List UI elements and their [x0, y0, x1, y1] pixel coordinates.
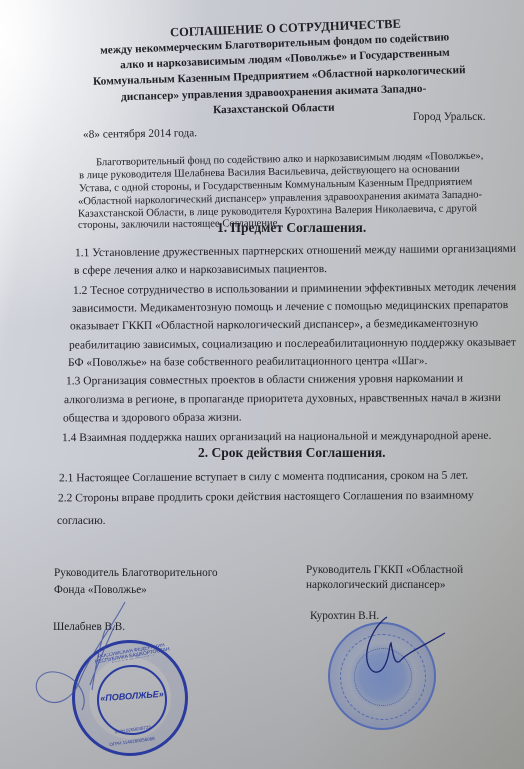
section-line: общества и здорового образа жизни.	[63, 411, 242, 426]
right-signatory-role: Руководитель ГККП «Областной	[306, 563, 463, 577]
section-line: в сфере лечения алко и наркозависимых па…	[74, 262, 327, 278]
section-line: 1.4 Взаимная поддержка наших организаций…	[62, 429, 491, 445]
section-line: согласию.	[57, 514, 106, 528]
left-signature-icon	[20, 600, 140, 720]
city: Город Уральск.	[413, 110, 486, 124]
section-heading: 1. Предмет Соглашения.	[217, 221, 366, 235]
section-heading: 2. Срок действия Соглашения.	[198, 446, 386, 460]
date: «8» сентября 2014 года.	[83, 126, 197, 142]
section-line: БФ «Поволжье» на базе собственного реаби…	[68, 354, 427, 370]
right-signature-icon	[345, 615, 455, 685]
section-line: 2.1 Настоящее Соглашение вступает в силу…	[59, 469, 468, 486]
left-signatory-role: Руководитель Благотворительного	[54, 566, 218, 580]
left-signatory-role: Фонда «Поволжье»	[54, 583, 147, 597]
right-signatory-role: наркологический диспансер»	[306, 578, 446, 592]
section-line: 1.1 Установление дружественных партнерск…	[75, 242, 516, 261]
section-line: 1.3 Организация совместных проектов в об…	[66, 372, 463, 389]
document-page: СОГЛАШЕНИЕ О СОТРУДНИЧЕСТВЕ между некомм…	[0, 0, 524, 769]
section-line: 1.2 Тесное сотрудничество в использовани…	[73, 280, 516, 298]
section-line: оказывает ГККП «Областной наркологически…	[70, 317, 478, 334]
stamp-ogrn: ОГРН 1140280056068	[99, 734, 165, 748]
section-line: реабилитацию зависимых, социализацию и п…	[69, 335, 516, 352]
subtitle-line: Казахстанской Области	[213, 101, 335, 118]
section-line: зависимости. Медикаментозную помощь и ле…	[72, 298, 508, 316]
section-line: алкоголизма в регионе, в пропаганде прио…	[64, 391, 501, 407]
section-line: 2.2 Стороны вправе продлить сроки действ…	[58, 489, 474, 506]
